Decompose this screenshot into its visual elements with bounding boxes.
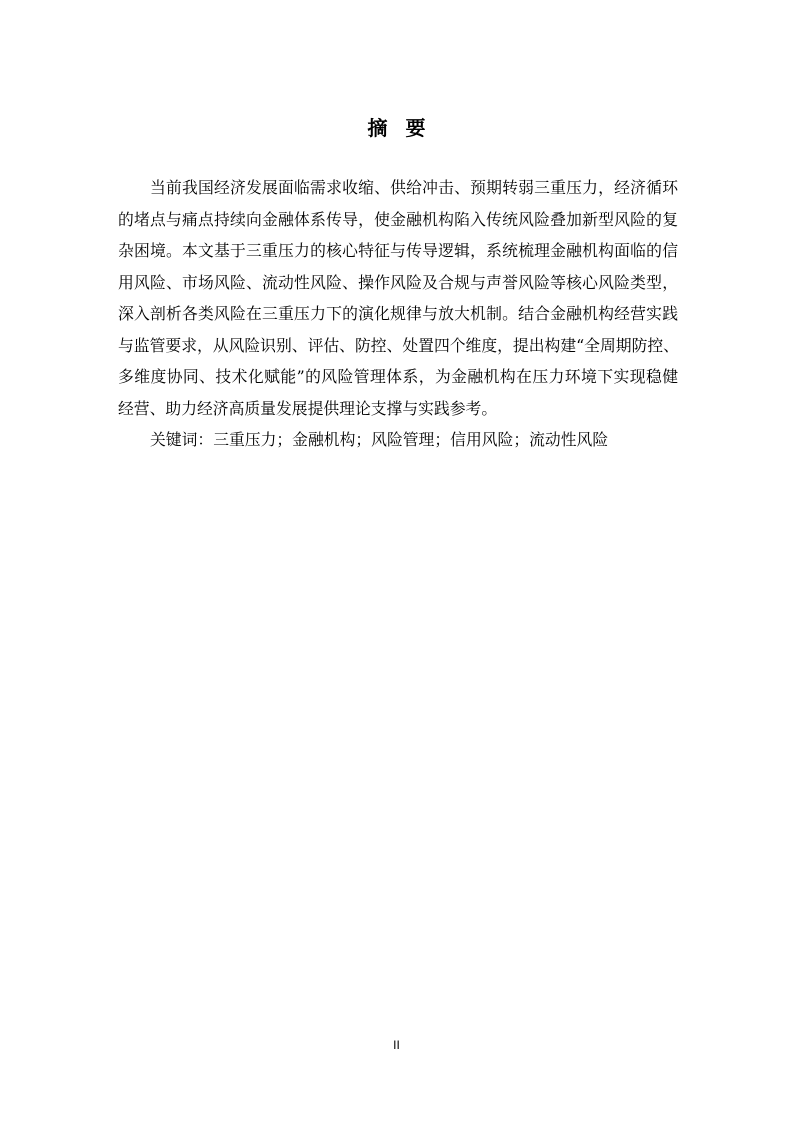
abstract-body: 当前我国经济发展面临需求收缩、供给冲击、预期转弱三重压力，经济循环 的堵点与痛点…: [118, 172, 678, 456]
abstract-line: 多维度协同、技术化赋能”的风险管理体系，为金融机构在压力环境下实现稳健: [118, 361, 678, 393]
abstract-line: 深入剖析各类风险在三重压力下的演化规律与放大机制。结合金融机构经营实践: [118, 298, 678, 330]
abstract-line: 杂困境。本文基于三重压力的核心特征与传导逻辑，系统梳理金融机构面临的信: [118, 235, 678, 267]
page-title: 摘要: [0, 112, 793, 141]
page-number: II: [0, 1038, 793, 1052]
keywords-line: 关键词：三重压力；金融机构；风险管理；信用风险；流动性风险: [118, 424, 678, 456]
abstract-line: 的堵点与痛点持续向金融体系传导，使金融机构陷入传统风险叠加新型风险的复: [118, 204, 678, 236]
abstract-line: 与监管要求，从风险识别、评估、防控、处置四个维度，提出构建“全周期防控、: [118, 330, 678, 362]
abstract-line: 当前我国经济发展面临需求收缩、供给冲击、预期转弱三重压力，经济循环: [118, 172, 678, 204]
abstract-line: 经营、助力经济高质量发展提供理论支撑与实践参考。: [118, 393, 678, 425]
abstract-line: 用风险、市场风险、流动性风险、操作风险及合规与声誉风险等核心风险类型，: [118, 267, 678, 299]
